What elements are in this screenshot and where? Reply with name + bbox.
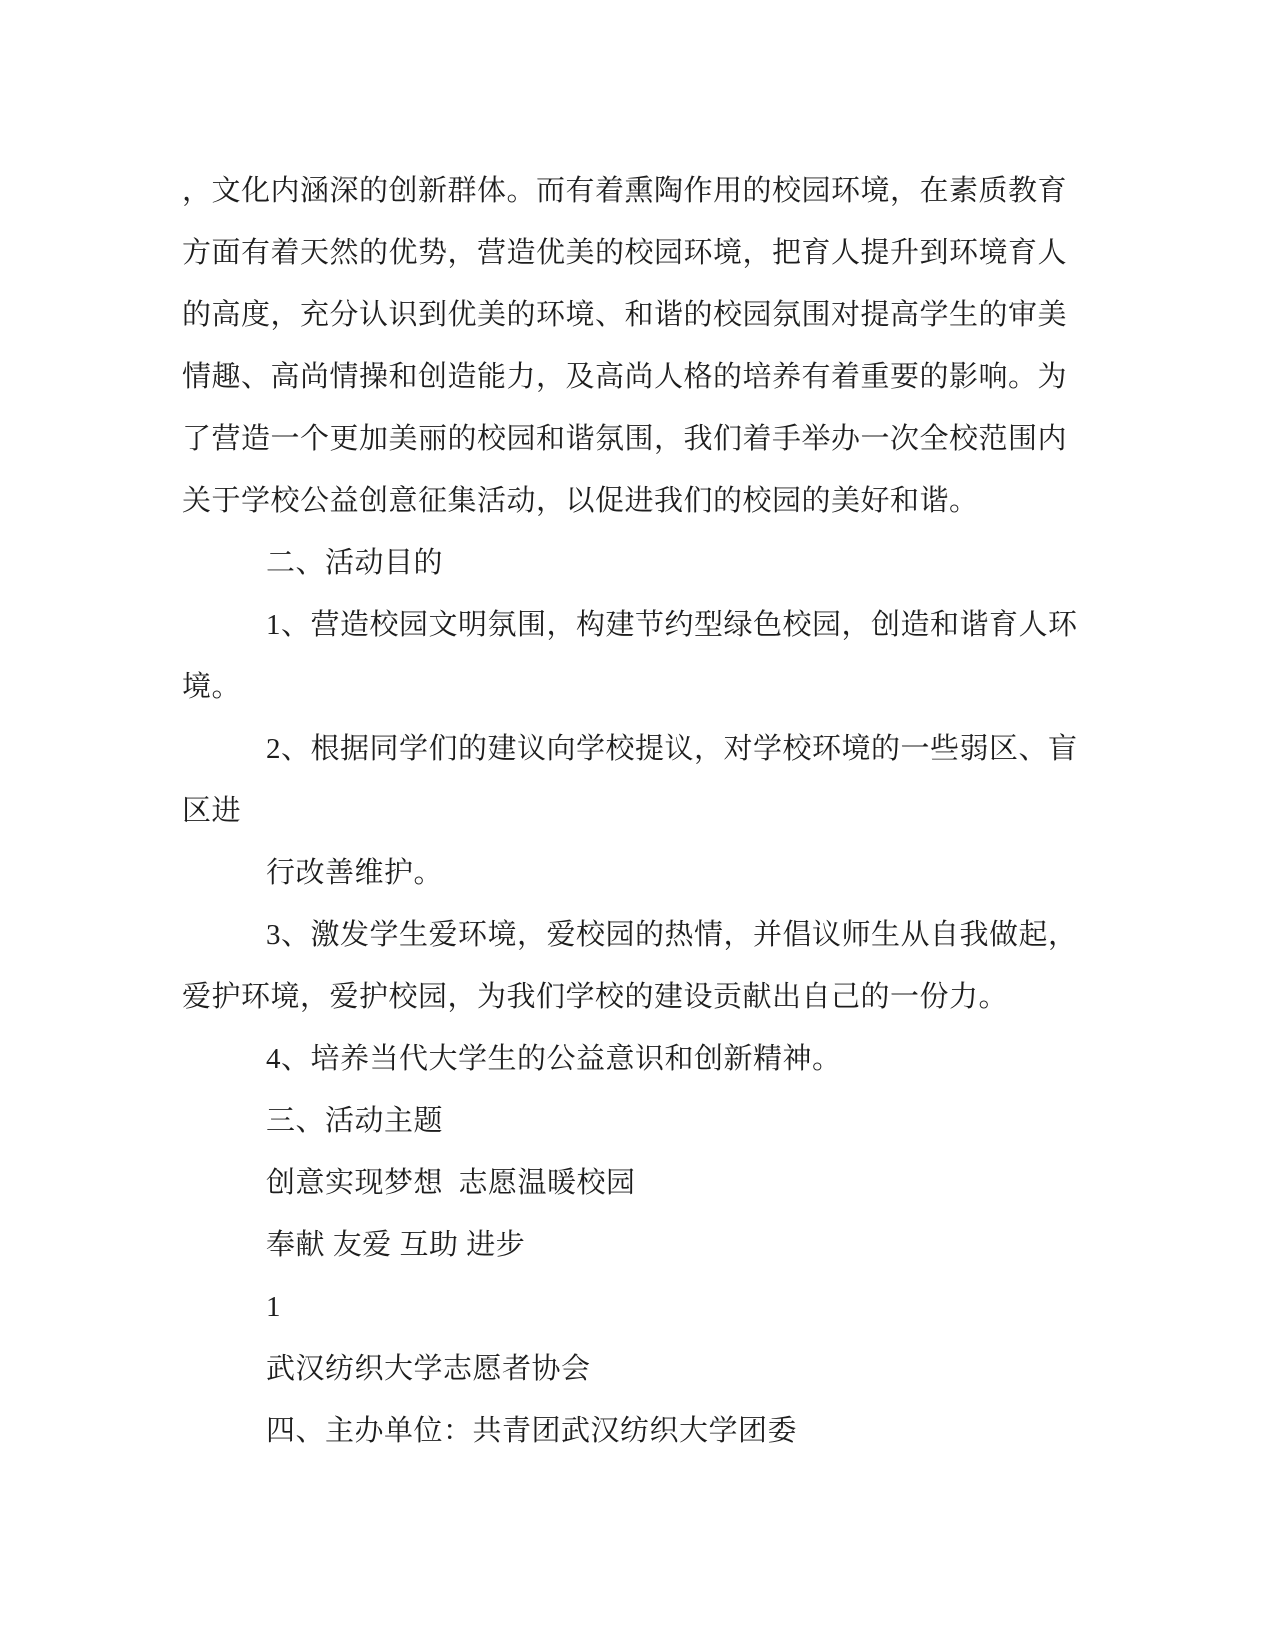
text-line: 行改善维护。 [182, 842, 1102, 904]
text-line: 关于学校公益创意征集活动，以促进我们的校园的美好和谐。 [182, 470, 1102, 532]
section-heading: 三、活动主题 [182, 1090, 1102, 1152]
text-line: 境。 [182, 656, 1102, 718]
text-line: 的高度，充分认识到优美的环境、和谐的校园氛围对提高学生的审美 [182, 284, 1102, 346]
document-text-block: ，文化内涵深的创新群体。而有着熏陶作用的校园环境，在素质教育 方面有着天然的优势… [182, 160, 1102, 1462]
text-line: 了营造一个更加美丽的校园和谐氛围，我们着手举办一次全校范围内 [182, 408, 1102, 470]
text-line: 方面有着天然的优势，营造优美的校园环境，把育人提升到环境育人 [182, 222, 1102, 284]
text-line: 1、营造校园文明氛围，构建节约型绿色校园，创造和谐育人环 [182, 594, 1102, 656]
section-heading: 四、主办单位：共青团武汉纺织大学团委 [182, 1400, 1102, 1462]
text-line: ，文化内涵深的创新群体。而有着熏陶作用的校园环境，在素质教育 [182, 160, 1102, 222]
text-line: 3、激发学生爱环境，爱校园的热情，并倡议师生从自我做起， [182, 904, 1102, 966]
text-line: 武汉纺织大学志愿者协会 [182, 1338, 1102, 1400]
document-page: ，文化内涵深的创新群体。而有着熏陶作用的校园环境，在素质教育 方面有着天然的优势… [0, 0, 1275, 1650]
text-line: 区进 [182, 780, 1102, 842]
text-line: 4、培养当代大学生的公益意识和创新精神。 [182, 1028, 1102, 1090]
page-number-inline: 1 [182, 1276, 1102, 1338]
text-line: 2、根据同学们的建议向学校提议，对学校环境的一些弱区、盲 [182, 718, 1102, 780]
text-line: 奉献 友爱 互助 进步 [182, 1214, 1102, 1276]
text-line: 情趣、高尚情操和创造能力，及高尚人格的培养有着重要的影响。为 [182, 346, 1102, 408]
text-line: 爱护环境，爱护校园，为我们学校的建设贡献出自己的一份力。 [182, 966, 1102, 1028]
text-line: 创意实现梦想 志愿温暖校园 [182, 1152, 1102, 1214]
section-heading: 二、活动目的 [182, 532, 1102, 594]
